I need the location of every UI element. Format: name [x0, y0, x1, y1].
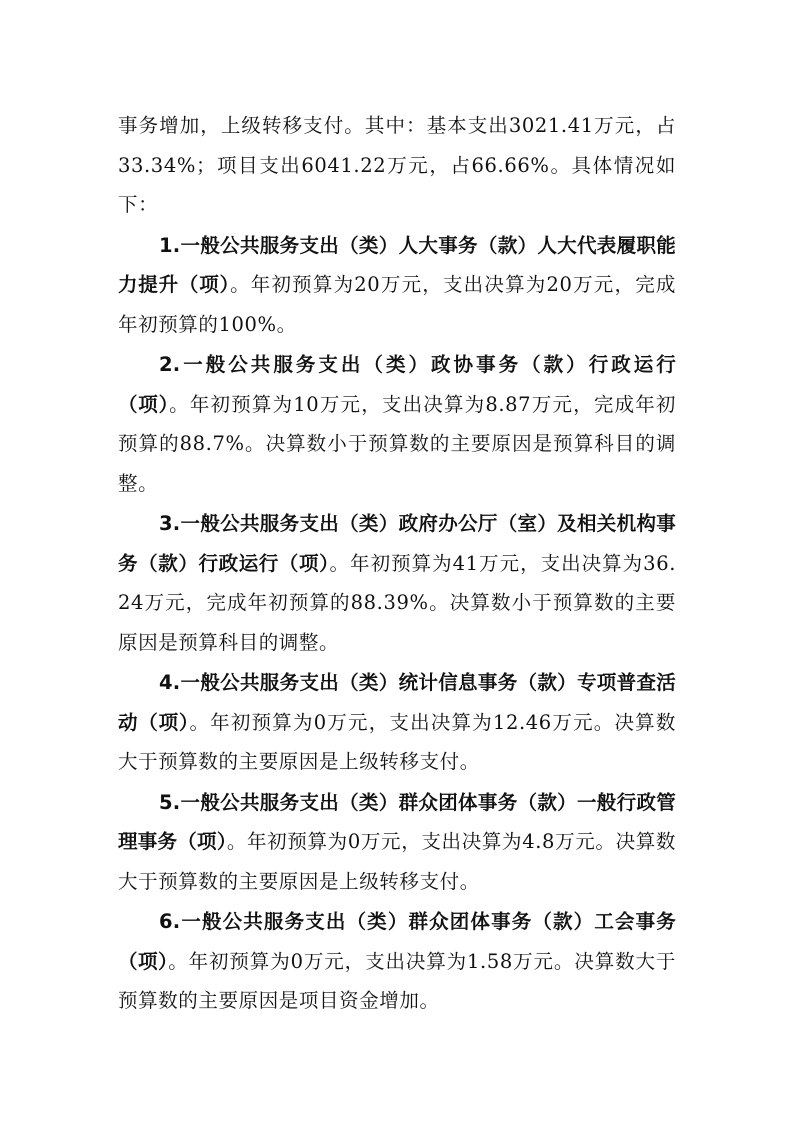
document-page: 事务增加，上级转移支付。其中：基本支出3021.41万元，占33.34%；项目支…	[118, 106, 676, 1021]
budget-item-5: 5.一般公共服务支出（类）群众团体事务（款）一般行政管理事务（项）。年初预算为0…	[118, 783, 676, 902]
item-body: 。年初预算为0万元，支出决算为12.46万元。决算数大于预算数的主要原因是上级转…	[118, 711, 676, 774]
budget-item-1: 1.一般公共服务支出（类）人大事务（款）人大代表履职能力提升（项）。年初预算为2…	[118, 226, 676, 345]
budget-item-2: 2.一般公共服务支出（类）政协事务（款）行政运行（项）。年初预算为10万元，支出…	[118, 345, 676, 503]
intro-paragraph: 事务增加，上级转移支付。其中：基本支出3021.41万元，占33.34%；项目支…	[118, 106, 676, 225]
item-body: 。年初预算为0万元，支出决算为1.58万元。决算数大于预算数的主要原因是项目资金…	[118, 950, 676, 1013]
item-body: 。年初预算为10万元，支出决算为8.87万元，完成年初预算的88.7%。决算数小…	[118, 393, 676, 495]
budget-item-3: 3.一般公共服务支出（类）政府办公厅（室）及相关机构事务（款）行政运行（项）。年…	[118, 504, 676, 662]
budget-item-6: 6.一般公共服务支出（类）群众团体事务（款）工会事务（项）。年初预算为0万元，支…	[118, 902, 676, 1021]
budget-item-4: 4.一般公共服务支出（类）统计信息事务（款）专项普查活动（项）。年初预算为0万元…	[118, 663, 676, 782]
